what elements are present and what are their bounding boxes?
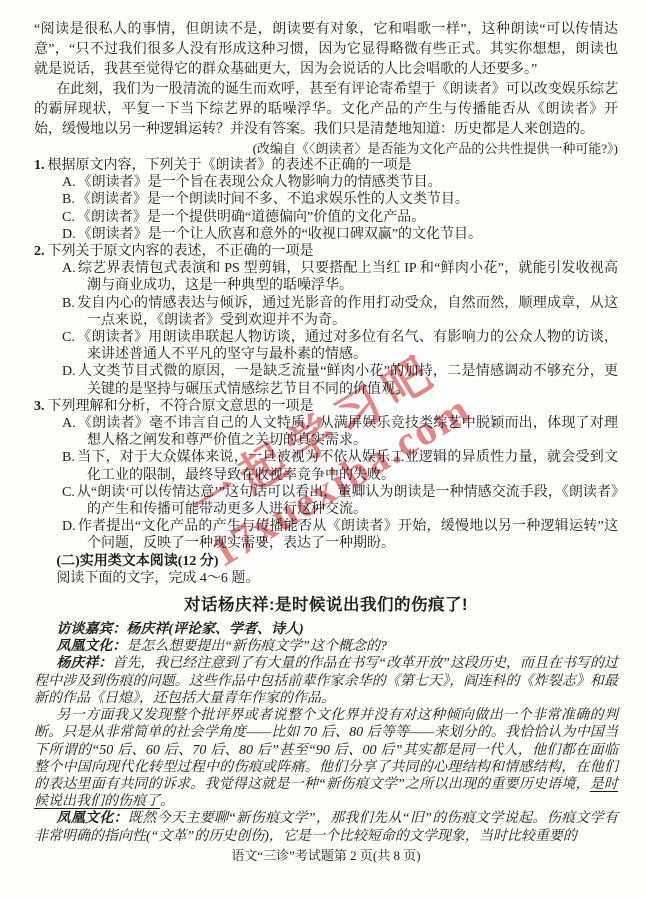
text-segment: 《朗读者》是一个让人欣喜和意外的“收视口碑双赢”的文化节目。: [78, 227, 482, 242]
text-segment: 访谈嘉宾：杨庆祥(评论家、学者、诗人): [56, 622, 303, 637]
question-3-option-d: D.作者提出“文化产品的产生与传播能否从《朗读者》开始，缓慢地以另一种逻辑运转”…: [34, 518, 618, 552]
question-2-option-d: D.人文类节目式微的原因，一是缺乏流量“鲜肉小花”的加持，二是情感调动不够充分，…: [34, 363, 618, 397]
option-label: B.: [62, 296, 77, 311]
page-footer: 语文“三诊”考试题第 2 页(共 8 页): [34, 847, 618, 865]
text-segment: 人文类节目式微的原因，一是缺乏流量“鲜肉小花”的加持，二是情感调动不够充分，更关…: [78, 364, 618, 396]
question-number: 1.: [34, 158, 48, 173]
text-segment: 从“朗读‘可以传情达意’”这句话可以看出，董卿认为朗读是一种情感交流手段，《朗读…: [77, 485, 618, 517]
text-segment: 综艺界表情包式表演和 PS 型剪辑，只要搭配上当红 IP 和“鲜肉小花”，就能引…: [78, 261, 618, 293]
question-2: 2.下列关于原文内容的表述，不正确的一项是: [34, 243, 618, 260]
interviewer-question-1: 凤凰文化：是怎么想要提出“新伤痕文学”这个概念的?: [34, 638, 618, 655]
interviewee-answer-1: 杨庆祥：首先，我已经注意到了有大量的作品在书写“改革开放”这段历史，而且在书写的…: [34, 655, 618, 707]
interviewer-question-2: 凤凰文化：既然今天主要聊“新伤痕文学”，那我们先从“旧”的伤痕文学说起。伤痕文学…: [34, 810, 618, 844]
exam-paper-page: 一起学习吧 17xuexiba.com “阅读是很私人的事情，但朗读不是，朗读要…: [0, 0, 646, 898]
option-label: A.: [62, 175, 78, 190]
interviewee-answer-2: 另一方面我又发现整个批评界或者说整个文化界并没有对这种倾向做出一个非常准确的判断…: [34, 707, 618, 810]
text-segment: 。: [160, 794, 174, 809]
question-2-option-a: A.综艺界表情包式表演和 PS 型剪辑，只要搭配上当红 IP 和“鲜肉小花”，就…: [34, 260, 618, 294]
source-line: (改编自《〈朗读者〉是否能为文化产品的公共性提供一种可能?》): [34, 140, 618, 157]
question-number: 3.: [34, 399, 48, 414]
text-segment: 《朗读者》毫不讳言自己的人文特质，从满屏娱乐竞技类综艺中脱颖而出，体现了对理想人…: [78, 416, 618, 448]
option-label: C.: [62, 210, 77, 225]
text-segment: 当下，对于大众媒体来说，一旦被视为不依从娱乐工业逻辑的异质性力量，就会受到文化工…: [77, 450, 618, 482]
option-label: C.: [62, 330, 77, 345]
text-segment: “阅读是很私人的事情，但朗读不是，朗读要有对象，它和唱歌一样”，这种朗读“可以传…: [34, 22, 618, 77]
text-segment: 语文“三诊”考试题第 2 页(共 8 页): [231, 848, 420, 863]
text-segment: 根据原文内容，下列关于《朗读者》的表述不正确的一项是: [48, 158, 412, 173]
text-segment: 在此刻，我们为一股清流的诞生而欢呼，甚至有评论寄希望于《朗读者》可以改变娱乐综艺…: [34, 82, 618, 137]
reading-instruction: 阅读下面的文字，完成 4～6 题。: [34, 570, 618, 587]
speaker-label: 杨庆祥：: [56, 656, 112, 671]
text-segment: 《朗读者》是一个旨在表现公众人物影响力的情感类节目。: [78, 175, 442, 190]
question-1: 1.根据原文内容，下列关于《朗读者》的表述不正确的一项是: [34, 157, 618, 174]
question-3-option-a: A.《朗读者》毫不讳言自己的人文特质，从满屏娱乐竞技类综艺中脱颖而出，体现了对理…: [34, 415, 618, 449]
interview-title: 对话杨庆祥:是时候说出我们的伤痕了!: [34, 592, 618, 618]
text-segment: 下列关于原文内容的表述，不正确的一项是: [48, 244, 314, 259]
option-label: B.: [62, 450, 77, 465]
question-number: 2.: [34, 244, 48, 259]
question-1-option-a: A.《朗读者》是一个旨在表现公众人物影响力的情感类节目。: [34, 174, 618, 191]
question-2-option-c: C.《朗读者》用朗读串联起人物访谈，通过对多位有名气、有影响力的公众人物的访谈，…: [34, 329, 618, 363]
section-heading: (二)实用类文本阅读(12 分): [34, 553, 618, 570]
text-segment: 首先，我已经注意到了有大量的作品在书写“改革开放”这段历史，而且在书写的过程中涉…: [34, 656, 618, 705]
intro-paragraph-2: 在此刻，我们为一股清流的诞生而欢呼，甚至有评论寄希望于《朗读者》可以改变娱乐综艺…: [34, 80, 618, 140]
guest-line: 访谈嘉宾：杨庆祥(评论家、学者、诗人): [34, 621, 618, 638]
question-3-option-c: C.从“朗读‘可以传情达意’”这句话可以看出，董卿认为朗读是一种情感交流手段，《…: [34, 484, 618, 518]
option-label: C.: [62, 485, 77, 500]
option-label: D.: [62, 364, 78, 379]
option-label: A.: [62, 416, 78, 431]
question-2-option-b: B.发自内心的情感表达与倾诉，通过光影音的作用打动受众，自然而然，顺理成章，从这…: [34, 295, 618, 329]
question-3: 3.下列理解和分析，不符合原文意思的一项是: [34, 398, 618, 415]
text-segment: (二)实用类文本阅读(12 分): [56, 554, 218, 569]
option-label: D.: [62, 227, 78, 242]
text-segment: 对话杨庆祥:是时候说出我们的伤痕了!: [184, 596, 468, 614]
speaker-label: 凤凰文化：: [56, 639, 126, 654]
text-segment: 《朗读者》是一个朗读时间不多、不追求娱乐性的人文类节目。: [77, 192, 469, 207]
intro-paragraph-1: “阅读是很私人的事情，但朗读不是，朗读要有对象，它和唱歌一样”，这种朗读“可以传…: [34, 20, 618, 80]
option-label: A.: [62, 261, 78, 276]
document-body: “阅读是很私人的事情，但朗读不是，朗读要有对象，它和唱歌一样”，这种朗读“可以传…: [34, 20, 618, 865]
text-segment: 《朗读者》用朗读串联起人物访谈，通过对多位有名气、有影响力的公众人物的访谈，来讲…: [77, 330, 618, 362]
text-segment: 《朗读者》是一个提供明确“道德偏向”价值的文化产品。: [77, 210, 425, 225]
text-segment: 作者提出“文化产品的产生与传播能否从《朗读者》开始，缓慢地以另一种逻辑运转”这个…: [78, 519, 618, 551]
question-1-option-b: B.《朗读者》是一个朗读时间不多、不追求娱乐性的人文类节目。: [34, 191, 618, 208]
question-3-option-b: B.当下，对于大众媒体来说，一旦被视为不依从娱乐工业逻辑的异质性力量，就会受到文…: [34, 449, 618, 483]
speaker-label: 凤凰文化：: [56, 811, 128, 826]
text-segment: 发自内心的情感表达与倾诉，通过光影音的作用打动受众，自然而然，顺理成章，从这一点…: [77, 296, 618, 328]
text-segment: 另一方面我又发现整个批评界或者说整个文化界并没有对这种倾向做出一个非常准确的判断…: [34, 708, 618, 792]
text-segment: 是怎么想要提出“新伤痕文学”这个概念的?: [126, 639, 387, 654]
option-label: B.: [62, 192, 77, 207]
option-label: D.: [62, 519, 78, 534]
text-segment: (改编自《〈朗读者〉是否能为文化产品的公共性提供一种可能?》): [253, 141, 618, 156]
text-segment: 阅读下面的文字，完成 4～6 题。: [56, 571, 259, 586]
question-1-option-c: C.《朗读者》是一个提供明确“道德偏向”价值的文化产品。: [34, 209, 618, 226]
question-1-option-d: D.《朗读者》是一个让人欣喜和意外的“收视口碑双赢”的文化节目。: [34, 226, 618, 243]
text-segment: 下列理解和分析，不符合原文意思的一项是: [48, 399, 314, 414]
